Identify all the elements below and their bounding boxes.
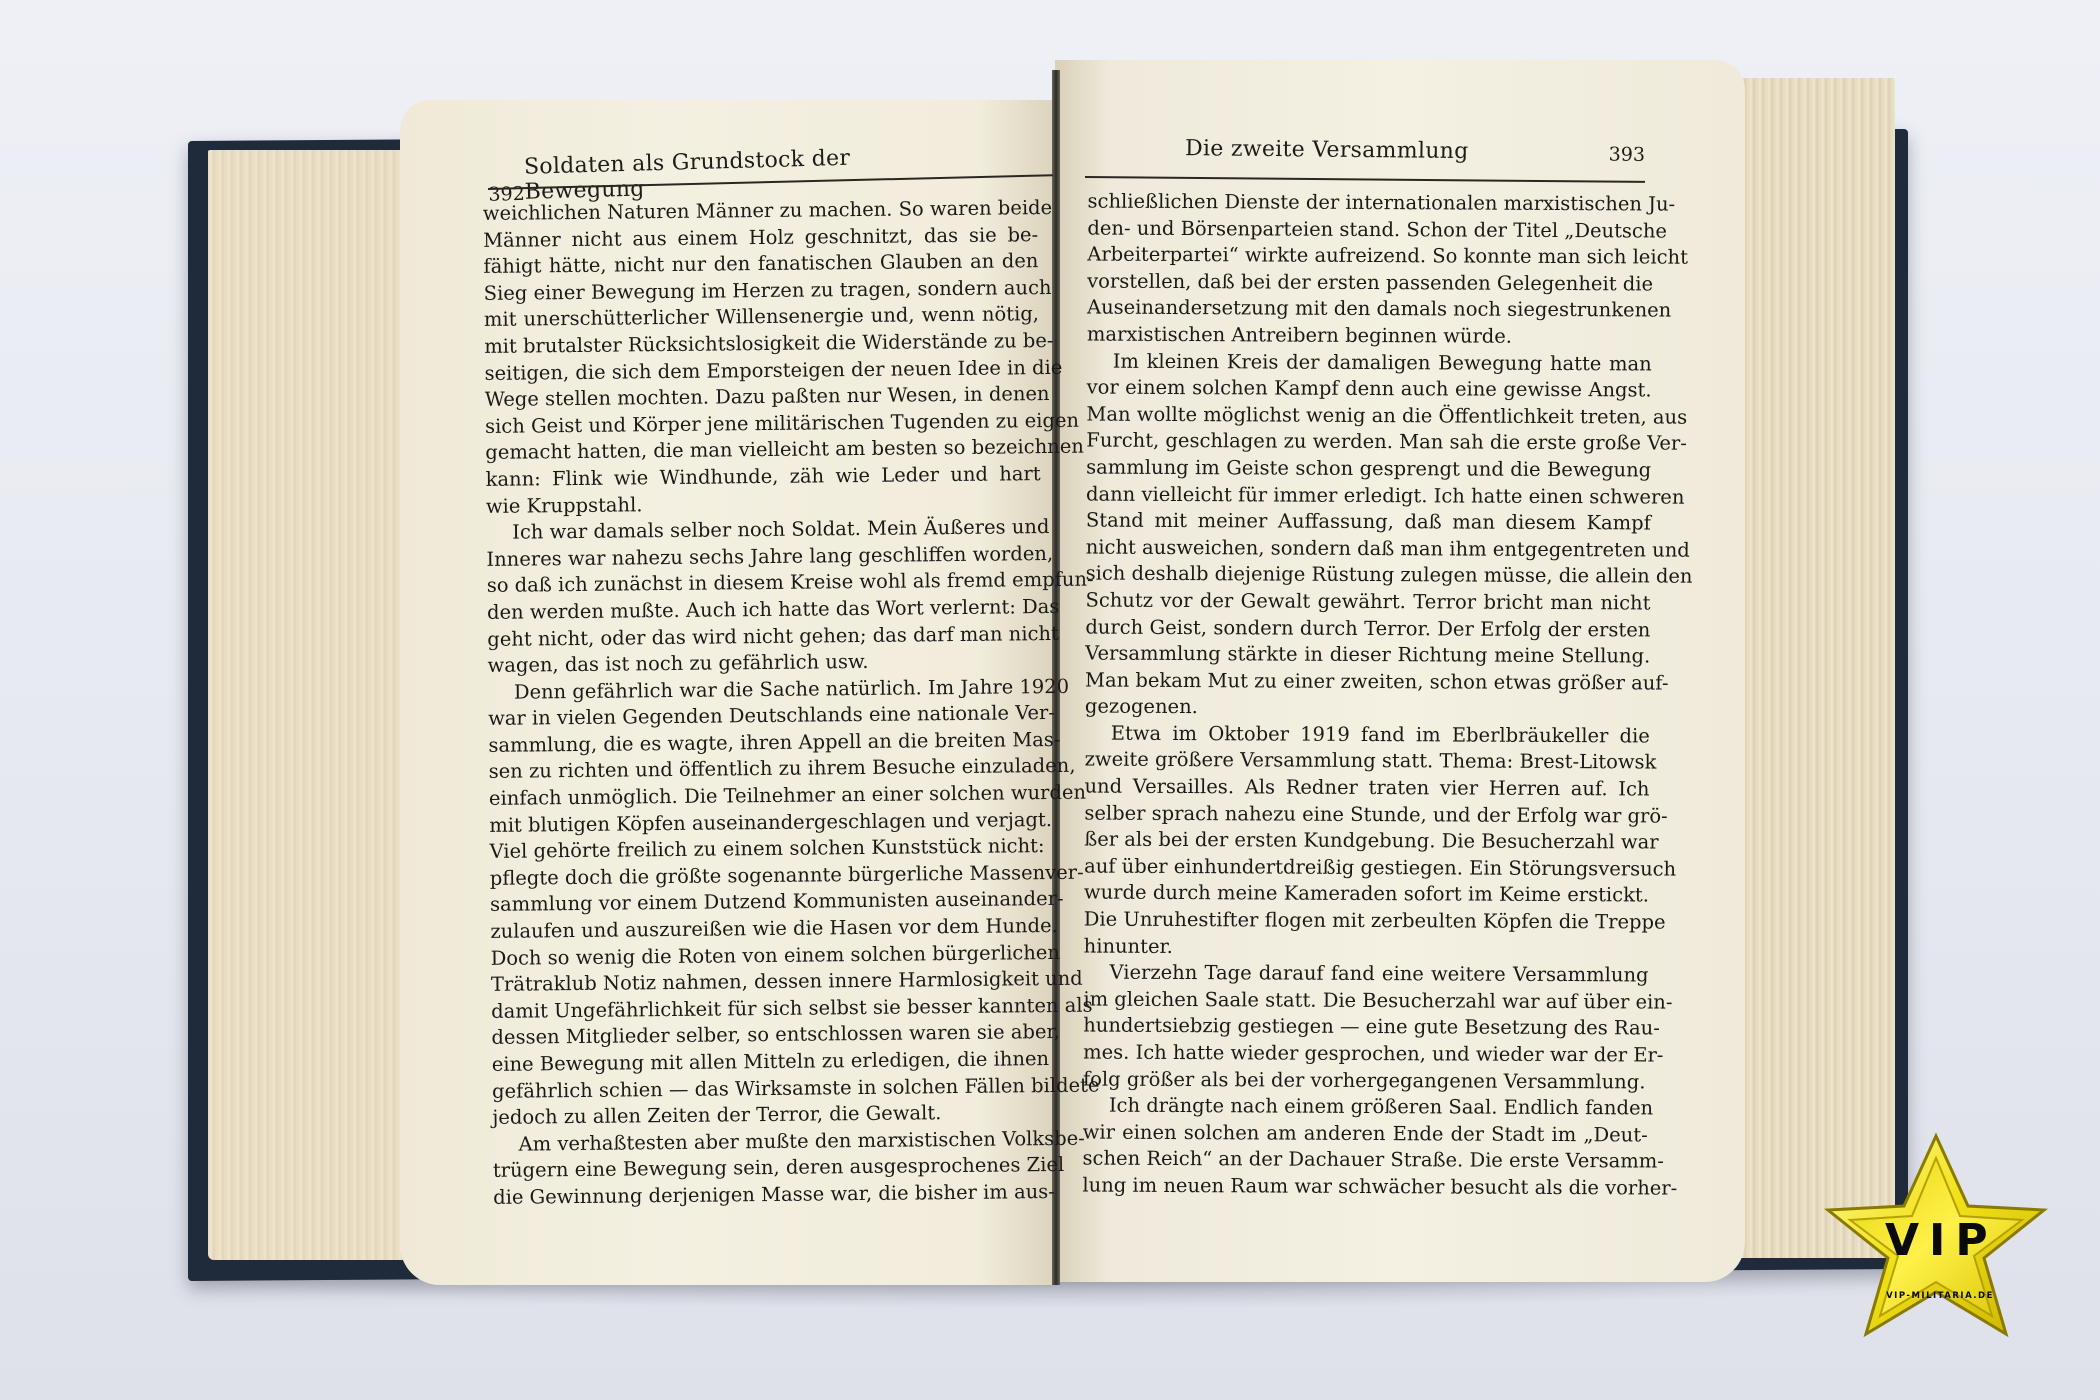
text-line: sammlung im Geiste schon gesprengt und d… bbox=[1086, 454, 1651, 484]
text-line: Im kleinen Kreis der damaligen Bewegung … bbox=[1087, 348, 1652, 378]
text-line: vorstellen, daß bei der ersten passenden… bbox=[1087, 268, 1652, 298]
text-line: Schutz vor der Gewalt gewährt. Terror br… bbox=[1085, 587, 1650, 617]
left-page-text: weichlichen Naturen Männer zu machen. So… bbox=[483, 195, 1049, 1211]
text-line: Vierzehn Tage darauf fand eine weitere V… bbox=[1083, 960, 1648, 990]
text-line: auf über einhundertdreißig gestiegen. Ei… bbox=[1084, 853, 1649, 883]
text-line: Die Unruhestifter flogen mit zerbeulten … bbox=[1084, 907, 1649, 937]
text-line: vor einem solchen Kampf denn auch eine g… bbox=[1087, 375, 1652, 405]
text-line: schließlichen Dienste der internationale… bbox=[1088, 189, 1653, 219]
text-line: mes. Ich hatte wieder gesprochen, und wi… bbox=[1083, 1040, 1648, 1070]
text-line: hundertsiebzig gestiegen — eine gute Bes… bbox=[1083, 1013, 1648, 1043]
text-line: Furcht, geschlagen zu werden. Man sah di… bbox=[1086, 428, 1651, 458]
text-line: selber sprach nahezu eine Stunde, und de… bbox=[1084, 800, 1649, 830]
text-line: Man wollte möglichst wenig an die Öffent… bbox=[1086, 401, 1651, 431]
text-line: durch Geist, sondern durch Terror. Der E… bbox=[1085, 614, 1650, 644]
text-line: Ich drängte nach einem größeren Saal. En… bbox=[1083, 1093, 1648, 1123]
page-stack-left bbox=[208, 150, 408, 1260]
text-line: gezogenen. bbox=[1085, 694, 1650, 724]
text-line: im gleichen Saale statt. Die Besucherzah… bbox=[1083, 986, 1648, 1016]
text-line: wurde durch meine Kameraden sofort im Ke… bbox=[1084, 880, 1649, 910]
text-line: dann vielleicht für immer erledigt. Ich … bbox=[1086, 481, 1651, 511]
text-line: Arbeiterpartei“ wirkte aufreizend. So ko… bbox=[1087, 242, 1652, 272]
text-line: nicht ausweichen, sondern daß man ihm en… bbox=[1086, 534, 1651, 564]
text-line: lung im neuen Raum war schwächer besucht… bbox=[1082, 1172, 1647, 1202]
text-line: folg größer als bei der vorhergegangenen… bbox=[1083, 1066, 1648, 1096]
text-line: zweite größere Versammlung statt. Thema:… bbox=[1085, 747, 1650, 777]
text-line: marxistischen Antreibern beginnen würde. bbox=[1087, 321, 1652, 351]
page-stack-right bbox=[1730, 78, 1895, 1258]
text-line: schen Reich“ an der Dachauer Straße. Die… bbox=[1082, 1146, 1647, 1176]
text-line: ßer als bei der ersten Kundgebung. Die B… bbox=[1084, 827, 1649, 857]
text-line: sich deshalb diejenige Rüstung zulegen m… bbox=[1086, 561, 1651, 591]
text-line: Versammlung stärkte in dieser Richtung m… bbox=[1085, 641, 1650, 671]
text-line: und Versailles. Als Redner traten vier H… bbox=[1084, 774, 1649, 804]
text-line: wir einen solchen am anderen Ende der St… bbox=[1083, 1119, 1648, 1149]
text-line: Stand mit meiner Auffassung, daß man die… bbox=[1086, 508, 1651, 538]
text-line: Auseinandersetzung mit den damals noch s… bbox=[1087, 295, 1652, 325]
right-page-text: schließlichen Dienste der internationale… bbox=[1082, 189, 1652, 1203]
text-line: den- und Börsenparteien stand. Schon der… bbox=[1087, 215, 1652, 245]
right-page-number: 393 bbox=[1609, 144, 1645, 166]
text-line: Man bekam Mut zu einer zweiten, schon et… bbox=[1085, 667, 1650, 697]
watermark-url: VIP-MILITARIA.DE bbox=[1882, 1291, 1998, 1301]
right-chapter-title: Die zweite Versammlung bbox=[1185, 136, 1469, 164]
text-line: Etwa im Oktober 1919 fand im Eberlbräuke… bbox=[1085, 720, 1650, 750]
watermark-title: VIP bbox=[1885, 1215, 1995, 1266]
text-line: hinunter. bbox=[1084, 933, 1649, 963]
